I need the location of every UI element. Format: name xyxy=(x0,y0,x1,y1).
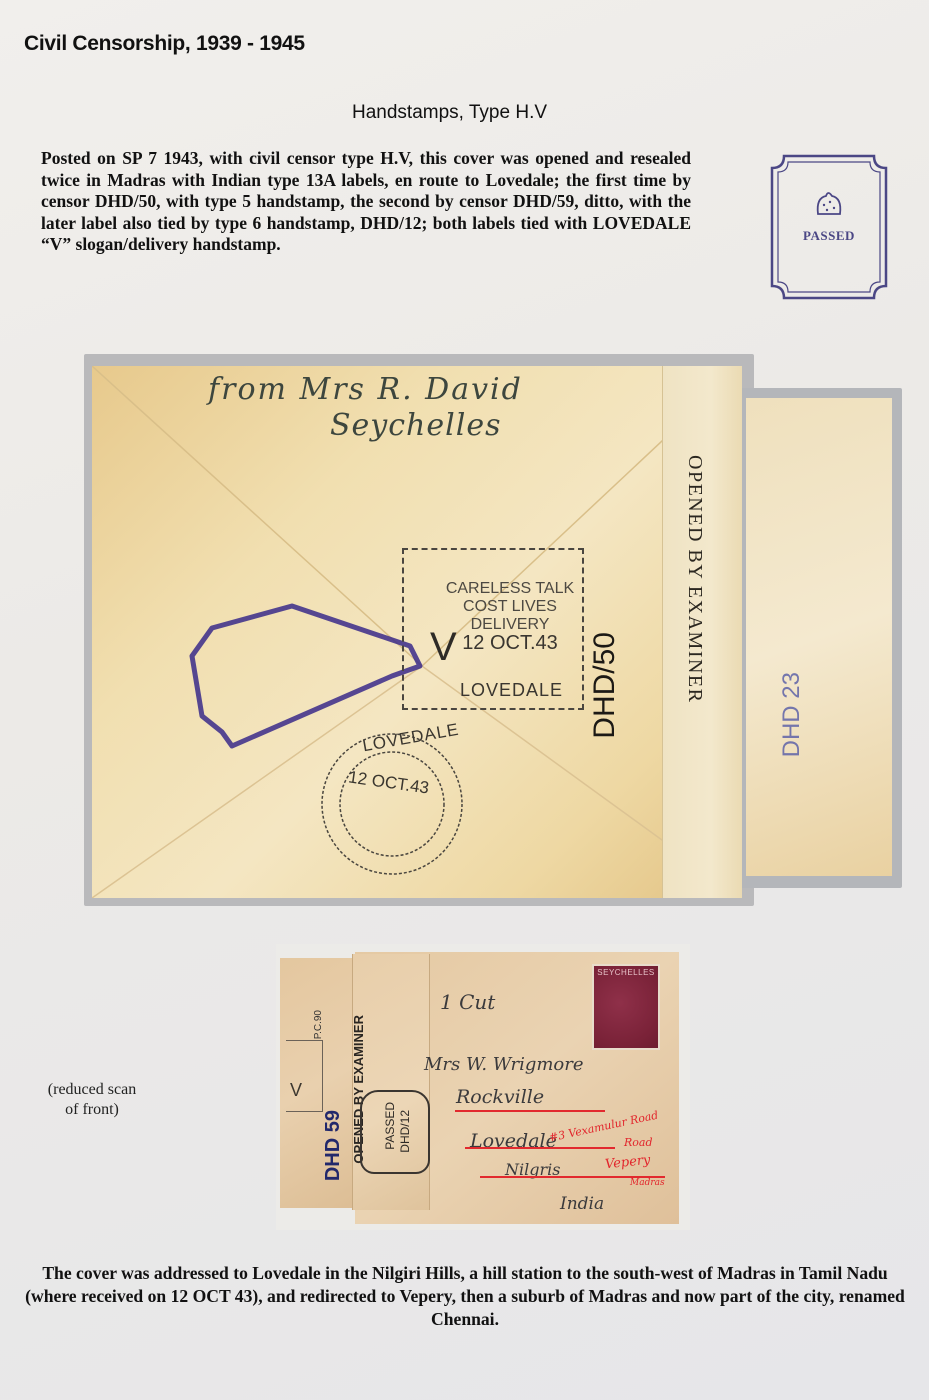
censor-number-dhd50: DHD/50 xyxy=(588,632,622,739)
passed-censor: DHD/12 xyxy=(398,1110,412,1153)
crown-icon xyxy=(818,193,841,214)
reduced-scan-note: (reduced scan of front) xyxy=(42,1080,142,1120)
redirect-line: Road xyxy=(624,1136,653,1149)
slogan-line: CARELESS TALK xyxy=(420,580,600,598)
sender-line-1: from Mrs R. David xyxy=(208,372,523,407)
address-line: India xyxy=(560,1194,604,1214)
strikeout xyxy=(465,1147,615,1149)
opened-by-examiner-label: OPENED BY EXAMINER xyxy=(683,455,706,703)
page-title: Civil Censorship, 1939 - 1945 xyxy=(24,32,305,56)
slogan-town: LOVEDALE xyxy=(460,680,563,701)
passed-handstamp-specimen: PASSED xyxy=(770,152,888,302)
slogan-line: COST LIVES xyxy=(420,598,600,616)
passed-text: PASSED xyxy=(383,1102,397,1150)
sender-line-2: Seychelles xyxy=(330,408,501,443)
censor-number-dhd23: DHD 23 xyxy=(778,672,806,757)
footer-paragraph: The cover was addressed to Lovedale in t… xyxy=(20,1262,910,1331)
intro-paragraph: Posted on SP 7 1943, with civil censor t… xyxy=(41,148,691,256)
flap-code: P.C.90 xyxy=(313,1010,324,1039)
address-line: Rockville xyxy=(456,1086,544,1108)
passed-handstamp-impression xyxy=(192,606,420,746)
page-subtitle: Handstamps, Type H.V xyxy=(352,102,547,124)
address-line: Mrs W. Wrigmore xyxy=(424,1054,584,1075)
passed-label: PASSED xyxy=(770,228,888,244)
manuscript-note: 1 Cut xyxy=(440,990,495,1014)
postage-stamp: SEYCHELLES xyxy=(592,964,660,1050)
stamp-country: SEYCHELLES xyxy=(594,968,658,977)
v-mark: V xyxy=(430,625,457,670)
censor-label-flap xyxy=(746,398,892,876)
v-mark-frame xyxy=(286,1040,323,1112)
censor-number-dhd59: DHD 59 xyxy=(322,1110,345,1181)
front-v-mark: V xyxy=(290,1080,302,1101)
redirect-line: Madras xyxy=(630,1178,665,1188)
strikeout xyxy=(455,1110,605,1112)
